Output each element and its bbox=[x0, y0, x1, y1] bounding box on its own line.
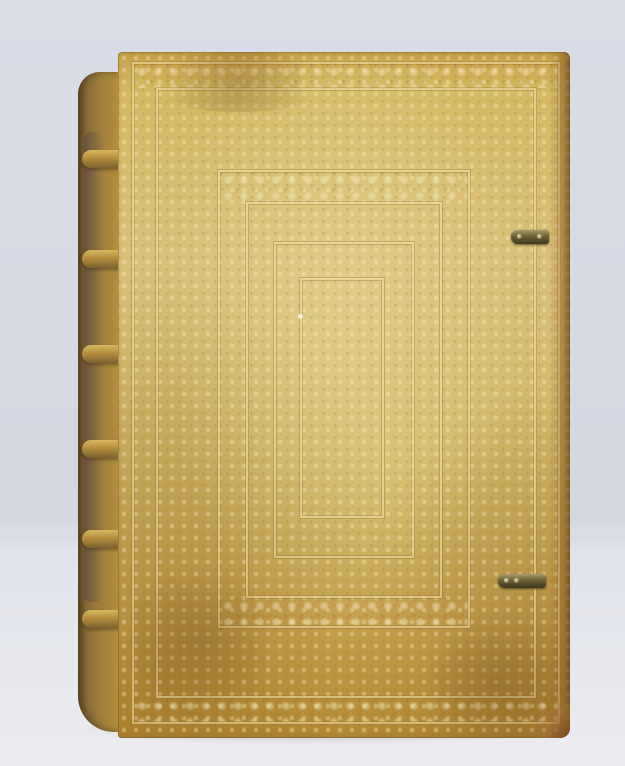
brass-clasp-catch-upper bbox=[511, 230, 549, 244]
age-stain bbox=[138, 52, 338, 112]
rivet-icon bbox=[537, 234, 542, 239]
rivet-icon bbox=[514, 578, 519, 583]
fore-edge-wear bbox=[550, 52, 570, 738]
rivet-icon bbox=[517, 234, 522, 239]
center-panel-frame bbox=[300, 278, 384, 518]
book-front-cover bbox=[118, 52, 570, 738]
corner-wear bbox=[530, 698, 570, 738]
age-stain bbox=[128, 552, 268, 732]
rivet-icon bbox=[504, 578, 509, 583]
wormhole bbox=[298, 314, 303, 319]
brass-clasp-catch-lower bbox=[498, 574, 546, 588]
